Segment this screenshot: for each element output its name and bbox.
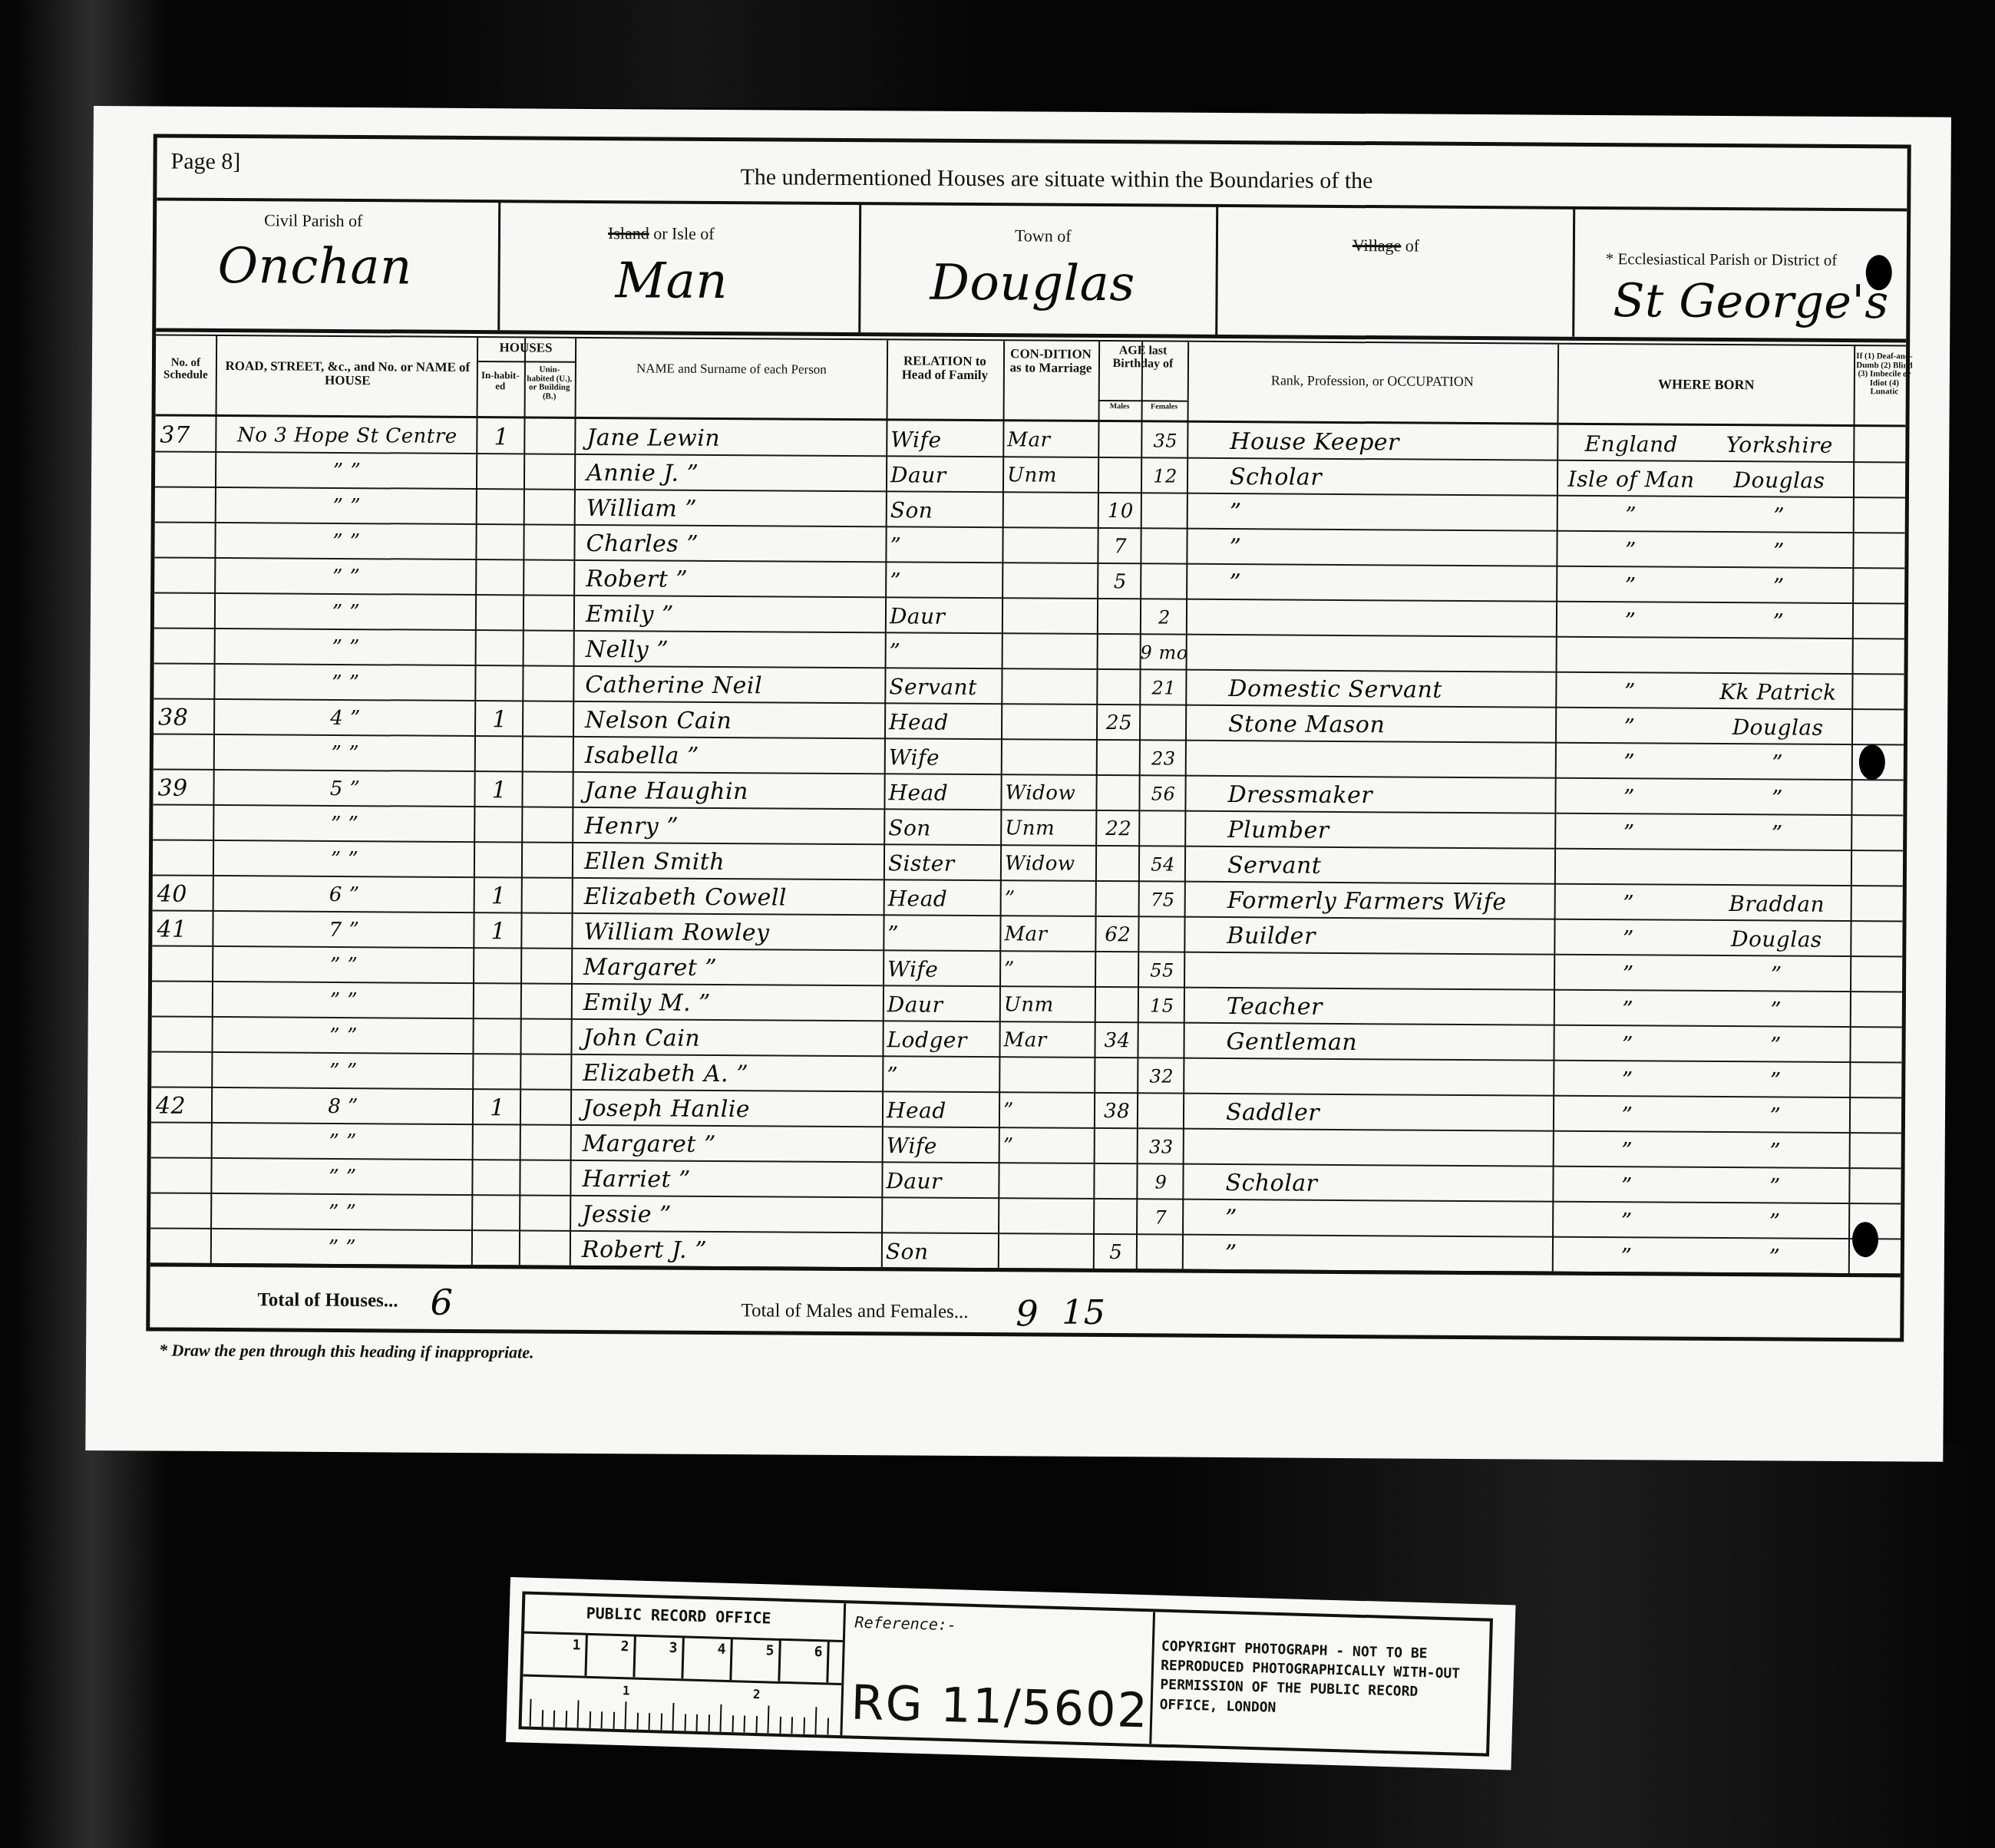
census-page: Page 8] The undermentioned Houses are si… <box>85 106 1951 1462</box>
uninhabited-mark <box>525 949 570 984</box>
schedule-number <box>159 629 213 665</box>
male-age: 7 <box>1102 529 1138 564</box>
road-address: ” ” <box>219 629 474 666</box>
schedule-number <box>160 453 213 488</box>
ruler-tick <box>577 1701 580 1728</box>
uninhabited-mark <box>524 1231 568 1266</box>
relation: ” <box>887 1057 997 1093</box>
schedule-number <box>155 1159 209 1194</box>
road-address: ” ” <box>216 947 471 984</box>
relation: Wife <box>890 421 1001 457</box>
road-address: ” ” <box>216 982 471 1019</box>
schedule-number <box>157 947 210 982</box>
person-name: Henry ” <box>576 808 890 845</box>
relation: Lodger <box>887 1021 997 1058</box>
cm-cell: 6 <box>780 1640 829 1683</box>
female-age: 32 <box>1141 1058 1181 1094</box>
road-address: ” ” <box>218 735 473 772</box>
person-name: Elizabeth Cowell <box>576 879 890 916</box>
person-name: Catherine Neil <box>577 667 890 704</box>
total-males: 9 <box>1016 1292 1039 1334</box>
born-place: ” <box>1705 815 1849 851</box>
total-females: 15 <box>1062 1293 1105 1332</box>
female-age: 33 <box>1141 1129 1181 1164</box>
col-relation: RELATION to Head of Family <box>888 354 1002 382</box>
inhabited-count <box>477 1125 518 1160</box>
schedule-number <box>157 841 211 876</box>
born-place: ” <box>1703 1062 1848 1098</box>
col-uninhabited: Unin-habited (U.), or Building (B.) <box>526 365 573 401</box>
cm-label: 2 <box>620 1638 629 1655</box>
born-country: ” <box>1559 814 1699 850</box>
uninhabited-mark <box>526 843 570 878</box>
born-place: Kk Patrick <box>1706 674 1850 710</box>
occupation: ” <box>1191 565 1593 602</box>
inhabited-count: 1 <box>478 878 520 913</box>
schedule-number: 37 <box>160 417 213 453</box>
born-country: ” <box>1561 532 1700 568</box>
schedule-number: 42 <box>156 1088 210 1124</box>
born-country: ” <box>1557 1167 1696 1203</box>
road-address: ” ” <box>219 594 474 631</box>
born-place: Yorkshire <box>1707 427 1851 463</box>
female-age: 23 <box>1144 741 1184 776</box>
reference-value: RG 11/5602 <box>851 1674 1150 1738</box>
inhabited-count <box>481 490 522 525</box>
inhabited-count <box>476 1160 517 1196</box>
road-address: ” ” <box>219 559 474 596</box>
uninhabited-mark <box>528 490 573 525</box>
road-address: ” ” <box>216 1053 471 1090</box>
relation: ” <box>890 527 1000 563</box>
occupation: House Keeper <box>1191 424 1594 461</box>
born-country: ” <box>1558 991 1698 1027</box>
schedule-number <box>156 1018 210 1053</box>
female-age <box>1141 1094 1181 1129</box>
relation: Daur <box>890 457 1001 493</box>
born-country: England <box>1561 426 1701 462</box>
road-address: ” ” <box>219 523 474 560</box>
col-where-born: WHERE BORN <box>1561 377 1852 393</box>
female-age <box>1143 811 1183 846</box>
col-condition: CON-DITION as to Marriage <box>1005 347 1097 375</box>
schedule-number: 38 <box>158 700 212 735</box>
person-name: William ” <box>579 490 892 527</box>
born-place: Braddan <box>1705 886 1849 922</box>
born-place: ” <box>1703 1133 1848 1169</box>
uninhabited-mark <box>527 737 571 772</box>
cm-cell: 3 <box>635 1636 684 1679</box>
uninhabited-mark <box>524 1196 568 1231</box>
civil-parish-field: Civil Parish of Onchan <box>156 201 498 331</box>
cm-cell: 2 <box>586 1635 636 1678</box>
occupation <box>1190 741 1592 779</box>
occupation: Plumber <box>1189 812 1591 850</box>
uninhabited-mark <box>528 454 573 490</box>
relation <box>886 1198 996 1234</box>
background-texture <box>384 0 998 107</box>
born-place: Douglas <box>1707 462 1851 498</box>
col-road: ROAD, STREET, &c., and No. or NAME of HO… <box>225 359 471 388</box>
road-address: 8 ” <box>216 1088 471 1125</box>
person-name: Jessie ” <box>574 1196 887 1233</box>
inhabited-count: 1 <box>477 913 519 949</box>
road-address: ” ” <box>217 841 472 878</box>
born-country <box>1559 850 1699 886</box>
schedule-number <box>158 735 212 771</box>
male-age <box>1098 1164 1135 1200</box>
female-age <box>1144 529 1184 564</box>
occupation: Teacher <box>1188 988 1590 1026</box>
civil-parish-value: Onchan <box>218 238 413 296</box>
uninhabited-mark <box>526 807 570 843</box>
schedule-number <box>159 594 213 629</box>
cm-cell: 1 <box>538 1633 587 1676</box>
ecclesiastical-label: * Ecclesiastical Parish or District of <box>1606 249 1838 270</box>
female-age: 21 <box>1144 670 1184 705</box>
condition: Unm <box>1004 987 1093 1023</box>
uninhabited-mark <box>524 1054 569 1090</box>
occupation: Saddler <box>1187 1094 1590 1132</box>
relation: Wife <box>889 739 999 775</box>
male-age: 62 <box>1099 917 1136 952</box>
inhabited-count <box>480 631 521 666</box>
uninhabited-mark <box>526 878 570 913</box>
inhabited-count <box>477 949 519 984</box>
road-address: 4 ” <box>218 700 473 737</box>
occupation <box>1187 1059 1590 1097</box>
total-houses-inhabited: 6 <box>430 1282 453 1323</box>
road-address: ” ” <box>220 488 474 525</box>
town-field: Town of Douglas <box>860 205 1216 335</box>
occupation: Servant <box>1189 847 1591 885</box>
female-age <box>1141 1023 1181 1058</box>
person-name: Nelson Cain <box>577 702 890 739</box>
punch-hole <box>1859 744 1885 780</box>
road-address: ” ” <box>215 1194 470 1231</box>
inhabited-count <box>478 807 520 843</box>
occupation: Scholar <box>1187 1165 1589 1203</box>
inhabited-count <box>476 1196 517 1231</box>
relation: Daur <box>890 598 1000 634</box>
ruler-tick <box>684 1714 686 1731</box>
male-age <box>1102 423 1139 458</box>
inhabited-count <box>479 737 520 772</box>
isle-label: or Isle of <box>653 223 715 243</box>
copyright-notice: COPYRIGHT PHOTOGRAPH - NOT TO BE REPRODU… <box>1159 1637 1468 1723</box>
relation: Son <box>886 1233 996 1269</box>
col-schedule: No. of Schedule <box>157 358 214 382</box>
ruler-tick <box>755 1716 758 1733</box>
ruler-tick <box>636 1713 639 1730</box>
schedule-number <box>157 982 210 1018</box>
col-inhabited: In-habit-ed <box>478 370 523 391</box>
cm-cell: 4 <box>683 1637 732 1680</box>
page-label: Page 8] <box>170 149 240 176</box>
col-name: NAME and Surname of each Person <box>586 361 877 377</box>
condition: ” <box>1003 1128 1092 1164</box>
ruler-tick <box>779 1717 781 1734</box>
total-persons-label: Total of Males and Females... <box>741 1300 968 1323</box>
condition: ” <box>1005 881 1094 917</box>
ruler-tick <box>695 1714 698 1731</box>
female-age <box>1144 705 1184 741</box>
uninhabited-mark <box>526 772 570 807</box>
village-field: Village of <box>1217 207 1573 337</box>
cm-label: 6 <box>814 1644 822 1660</box>
born-country: ” <box>1557 1097 1697 1133</box>
condition: ” <box>1003 1093 1092 1129</box>
born-country: ” <box>1557 1203 1696 1239</box>
female-age: 9 <box>1141 1164 1181 1200</box>
reference-card: PUBLIC RECORD OFFICE 123456 12 Reference… <box>506 1577 1515 1770</box>
col-age-females: Females <box>1141 403 1187 411</box>
cm-cell: 5 <box>732 1638 781 1681</box>
schedule-number: 41 <box>157 912 210 947</box>
occupation: ” <box>1187 1236 1589 1273</box>
schedule-number <box>157 806 211 841</box>
schedule-number <box>160 488 213 523</box>
schedule-number: 39 <box>157 771 211 806</box>
female-age <box>1141 1235 1181 1270</box>
person-name: Elizabeth A. ” <box>575 1055 888 1092</box>
schedule-number <box>159 523 213 559</box>
born-country: ” <box>1557 1238 1696 1274</box>
village-label: of <box>1405 236 1419 255</box>
born-country: ” <box>1561 497 1701 533</box>
column-headers: No. of ScheduleROAD, STREET, &c., and No… <box>157 138 1907 149</box>
occupation: ” <box>1191 530 1593 567</box>
ecclesiastical-value: St George's <box>1613 274 1889 329</box>
punch-hole <box>1852 1222 1878 1257</box>
male-age <box>1100 846 1137 882</box>
condition: Mar <box>1007 422 1096 458</box>
born-place: ” <box>1703 1203 1847 1239</box>
condition: Widow <box>1005 775 1094 811</box>
uninhabited-mark <box>525 984 570 1019</box>
condition: Unm <box>1007 457 1096 493</box>
born-country: ” <box>1561 602 1700 639</box>
born-place: ” <box>1707 497 1851 533</box>
census-form: Page 8] The undermentioned Houses are si… <box>146 134 1911 1341</box>
page-title: The undermentioned Houses are situate wi… <box>740 164 1372 194</box>
born-country: ” <box>1559 779 1699 815</box>
ruler-tick <box>541 1710 543 1727</box>
inhabited-count: 1 <box>481 419 522 454</box>
cm-label: 1 <box>572 1637 580 1653</box>
inhabited-count <box>479 666 520 701</box>
female-age: 7 <box>1141 1200 1181 1235</box>
uninhabited-mark <box>527 701 571 737</box>
relation: Daur <box>886 1163 996 1199</box>
male-age <box>1100 776 1137 811</box>
total-houses-label: Total of Houses... <box>257 1289 398 1312</box>
ruler-tick <box>803 1718 805 1734</box>
person-name: Robert J. ” <box>574 1232 887 1269</box>
occupation: Formerly Farmers Wife <box>1189 883 1591 920</box>
ruler-panel: PUBLIC RECORD OFFICE 123456 12 <box>522 1595 847 1736</box>
road-address: ” ” <box>216 1018 471 1054</box>
condition <box>1006 563 1095 599</box>
relation: Head <box>889 704 999 740</box>
relation: Head <box>888 880 999 916</box>
schedule-number <box>156 1053 210 1088</box>
relation: Son <box>888 810 999 846</box>
condition <box>1003 1058 1092 1094</box>
condition <box>1006 528 1095 564</box>
born-place: ” <box>1706 533 1851 569</box>
born-place: Douglas <box>1704 921 1848 957</box>
female-age <box>1142 917 1182 952</box>
inch-scale: 12 <box>522 1676 840 1735</box>
born-place: ” <box>1703 1239 1847 1275</box>
schedule-number <box>155 1194 209 1229</box>
female-age <box>1145 493 1185 529</box>
col-infirmity: If (1) Deaf-and-Dumb (2) Blind (3) Imbec… <box>1855 352 1914 397</box>
inhabited-count: 1 <box>478 772 520 807</box>
ruler-tick <box>767 1705 769 1733</box>
uninhabited-mark <box>527 596 572 631</box>
ruler-tick <box>589 1711 591 1728</box>
born-country: ” <box>1557 1026 1697 1062</box>
female-age: 35 <box>1145 423 1185 458</box>
born-country: ” <box>1559 885 1699 921</box>
ruler-tick <box>613 1712 615 1729</box>
person-name: Charles ” <box>578 526 891 563</box>
occupation: Stone Mason <box>1190 706 1592 744</box>
col-age-males: Males <box>1098 403 1141 411</box>
male-age <box>1101 741 1138 776</box>
ruler-tick <box>649 1713 651 1730</box>
male-age <box>1102 458 1139 493</box>
ruler-tick <box>601 1711 603 1728</box>
female-age: 12 <box>1145 458 1185 493</box>
inhabited-count <box>480 560 521 596</box>
uninhabited-mark <box>525 913 570 949</box>
female-age: 2 <box>1144 599 1184 635</box>
inhabited-count <box>477 984 519 1019</box>
person-name: John Cain <box>575 1020 888 1057</box>
female-age: 54 <box>1143 846 1183 882</box>
condition: Widow <box>1005 846 1094 882</box>
male-age <box>1099 988 1136 1023</box>
male-age <box>1100 882 1137 917</box>
inhabited-count: 1 <box>477 1090 518 1125</box>
schedule-number <box>155 1229 209 1265</box>
road-address: 7 ” <box>216 912 471 949</box>
condition <box>1006 599 1095 635</box>
uninhabited-mark <box>524 1090 569 1125</box>
born-place: ” <box>1706 568 1851 604</box>
uninhabited-mark <box>528 419 573 454</box>
relation: Wife <box>887 951 998 987</box>
female-age: 9 mo <box>1144 635 1184 670</box>
ruler-tick <box>660 1714 662 1731</box>
person-name: Harriet ” <box>574 1161 887 1198</box>
reference-panel: Reference:- RG 11/5602 <box>842 1603 1155 1744</box>
person-name: Isabella ” <box>577 738 890 774</box>
person-name: Jane Lewin <box>579 420 892 457</box>
inhabited-count <box>478 843 520 878</box>
occupation: Builder <box>1188 918 1590 955</box>
person-name: Jane Haughin <box>576 773 890 810</box>
condition <box>1006 705 1095 741</box>
office-title: PUBLIC RECORD OFFICE <box>586 1604 771 1628</box>
female-age: 55 <box>1142 952 1182 988</box>
condition <box>1002 1163 1092 1200</box>
relation: Servant <box>889 668 999 705</box>
born-place <box>1706 639 1851 675</box>
ruler-tick <box>719 1704 722 1732</box>
condition <box>1006 669 1095 705</box>
road-address: 5 ” <box>217 771 472 807</box>
ruler-tick <box>708 1714 710 1731</box>
person-name: William Rowley <box>576 914 889 951</box>
person-name: Joseph Hanlie <box>575 1091 888 1127</box>
isle-field: Island or Isle of Man <box>500 203 859 332</box>
female-age: 56 <box>1143 776 1183 811</box>
uninhabited-mark <box>527 560 572 596</box>
inhabited-count <box>480 525 521 560</box>
footnote: * Draw the pen through this heading if i… <box>159 1341 534 1363</box>
relation: Wife <box>887 1127 997 1163</box>
occupation <box>1191 600 1593 638</box>
condition <box>1006 740 1095 776</box>
male-age: 38 <box>1098 1094 1135 1129</box>
male-age <box>1098 1058 1135 1094</box>
road-address: ” ” <box>217 806 472 843</box>
schedule-number: 40 <box>157 876 211 912</box>
occupation: Domestic Servant <box>1190 671 1592 708</box>
occupation: Scholar <box>1191 459 1594 497</box>
born-place <box>1705 850 1849 886</box>
uninhabited-mark <box>524 1160 568 1196</box>
born-country: ” <box>1558 955 1698 992</box>
male-age: 5 <box>1098 1235 1135 1270</box>
born-country: ” <box>1558 920 1698 956</box>
male-age <box>1098 1200 1135 1235</box>
uninhabited-mark <box>524 1019 569 1054</box>
punch-hole <box>1866 255 1892 290</box>
born-place: ” <box>1703 1168 1847 1204</box>
born-place: ” <box>1703 1097 1848 1134</box>
occupation <box>1187 1130 1590 1167</box>
person-name: Annie J. ” <box>579 455 892 492</box>
occupation <box>1191 635 1593 673</box>
ruler-tick <box>553 1711 556 1728</box>
born-place: ” <box>1706 744 1850 780</box>
relation: Son <box>890 492 1001 528</box>
relation: Daur <box>887 986 998 1022</box>
census-rows: 37No 3 Hope St Centre1Jane LewinWifeMar3… <box>157 138 1907 149</box>
inhabited-count <box>480 596 521 631</box>
condition: Mar <box>1004 916 1093 952</box>
reference-label: Reference:- <box>854 1613 956 1635</box>
ruler-tick <box>625 1701 627 1729</box>
born-place: ” <box>1705 780 1849 816</box>
person-name: Margaret ” <box>575 1126 888 1163</box>
ruler-tick <box>814 1707 817 1734</box>
male-age: 22 <box>1100 811 1137 846</box>
road-address: ” ” <box>218 665 473 701</box>
inhabited-count <box>481 454 522 490</box>
male-age: 25 <box>1101 705 1138 741</box>
ruler-tick <box>672 1703 674 1731</box>
person-name: Nelly ” <box>578 632 891 668</box>
born-place: ” <box>1706 603 1851 639</box>
ruler-tick <box>827 1718 829 1735</box>
relation: ” <box>890 563 1000 599</box>
